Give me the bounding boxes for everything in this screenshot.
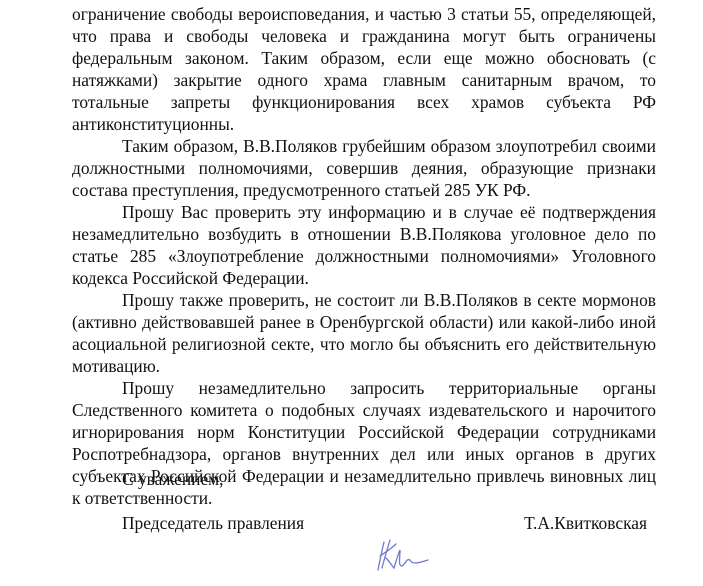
signer-position: Председатель правления	[122, 513, 304, 534]
paragraph: Прошу Вас проверить эту информацию и в с…	[72, 201, 656, 289]
handwritten-signature-icon	[370, 536, 450, 576]
paragraph: Таким образом, В.В.Поляков грубейшим обр…	[72, 135, 656, 201]
signer-name: Т.А.Квитковская	[524, 513, 647, 534]
paragraph: ограничение свободы вероисповедания, и ч…	[72, 3, 656, 135]
paragraph: Прошу также проверить, не состоит ли В.В…	[72, 289, 656, 377]
letter-body: ограничение свободы вероисповедания, и ч…	[72, 3, 656, 509]
closing-salutation: С уважением,	[122, 469, 224, 490]
